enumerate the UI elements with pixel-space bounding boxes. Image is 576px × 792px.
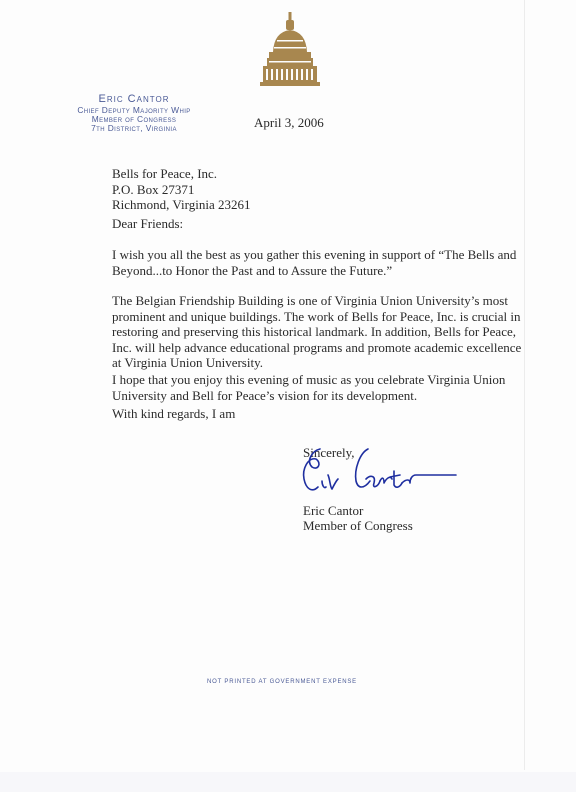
recipient-name: Bells for Peace, Inc. bbox=[112, 166, 251, 182]
letterhead-district: 7th District, Virginia bbox=[62, 124, 206, 133]
body-paragraph-2: The Belgian Friendship Building is one o… bbox=[112, 293, 532, 371]
recipient-address: Bells for Peace, Inc. P.O. Box 27371 Ric… bbox=[112, 166, 251, 213]
body-paragraph-3: I hope that you enjoy this evening of mu… bbox=[112, 372, 532, 403]
recipient-city: Richmond, Virginia 23261 bbox=[112, 197, 251, 213]
body-paragraph-1: I wish you all the best as you gather th… bbox=[112, 247, 532, 278]
letterhead-name: Eric Cantor bbox=[62, 92, 206, 106]
letterhead: Eric Cantor Chief Deputy Majority Whip M… bbox=[62, 92, 206, 133]
signer-title: Member of Congress bbox=[303, 518, 413, 534]
recipient-po-box: P.O. Box 27371 bbox=[112, 182, 251, 198]
scan-bottom-edge bbox=[0, 772, 576, 792]
handwritten-signature bbox=[298, 445, 458, 517]
footer-disclaimer: NOT PRINTED AT GOVERNMENT EXPENSE bbox=[207, 679, 357, 685]
letter-date: April 3, 2006 bbox=[254, 115, 324, 131]
salutation: Dear Friends: bbox=[112, 216, 183, 232]
closing: With kind regards, I am bbox=[112, 406, 235, 422]
capitol-dome-icon bbox=[255, 12, 325, 90]
